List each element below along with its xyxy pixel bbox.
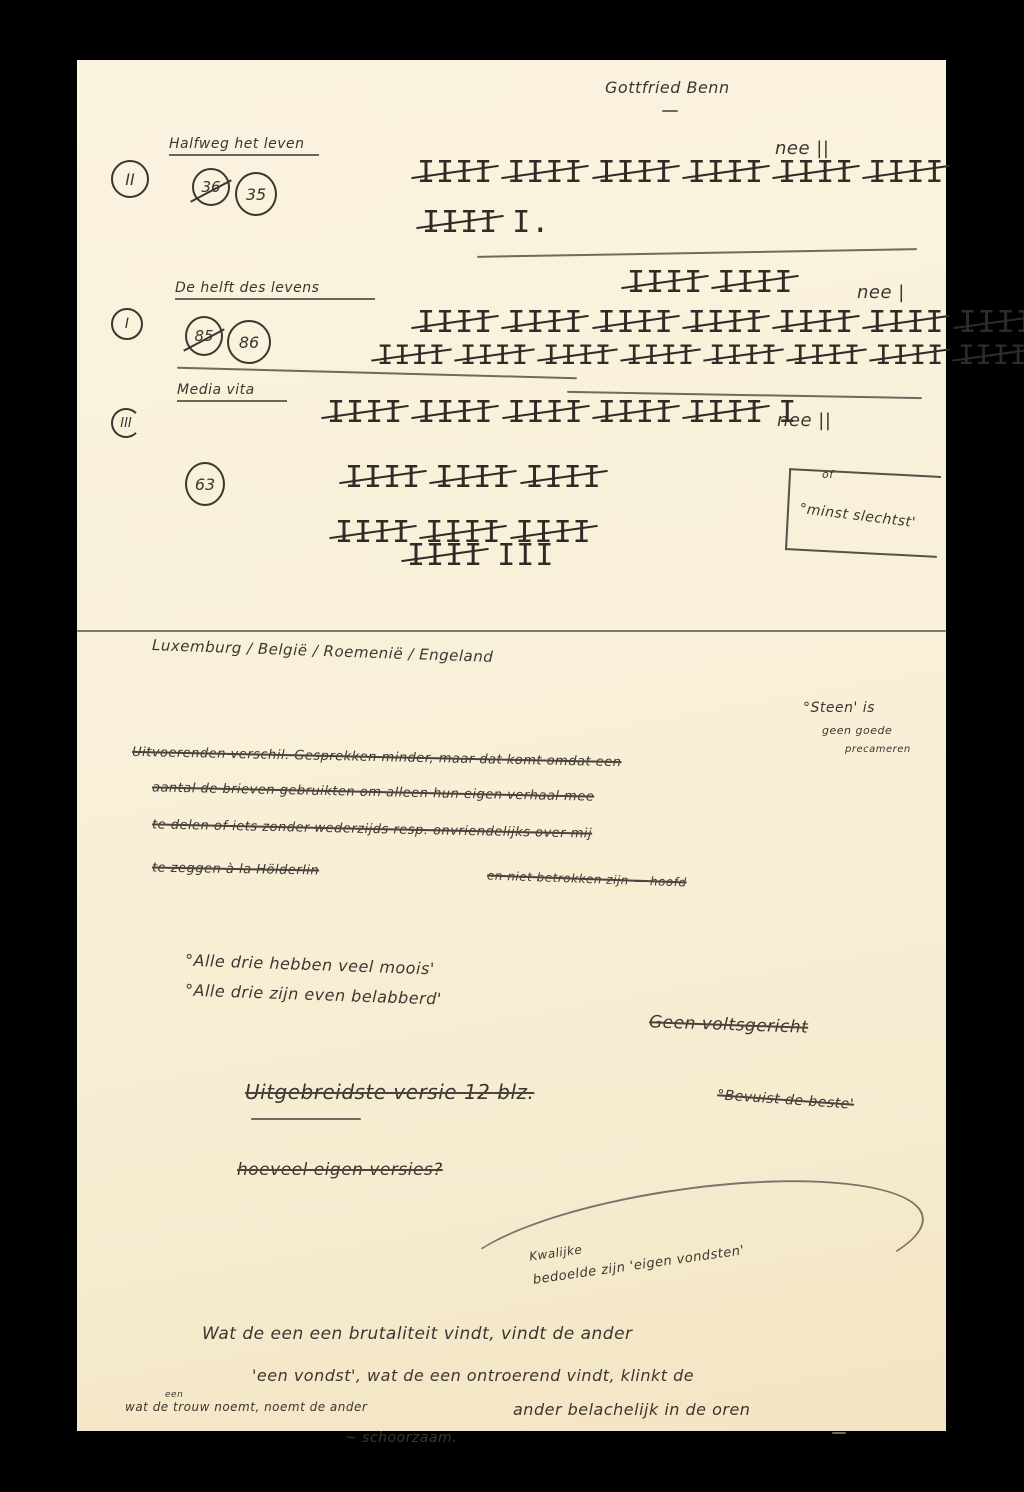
struck-line-3: te delen of iets zonder wederzijds resp.…	[152, 817, 592, 841]
struck-line-5: en niet betrokken zijn — hoofd	[487, 869, 687, 890]
tally-group: IIII	[345, 460, 421, 495]
side-note-line-2: geen goede	[822, 724, 892, 737]
countries-line: Luxemburg / België / Roemenië / Engeland	[152, 636, 494, 666]
struck-heading: Uitgebreidste versie 12 blz.	[245, 1080, 534, 1104]
tally-group: IIII	[868, 305, 944, 340]
closing-line-3-super: een	[165, 1390, 183, 1400]
count-crossed: 85	[185, 316, 223, 356]
poem-title-helft: De helft des levens	[175, 280, 375, 300]
tally-group: IIII	[959, 305, 1024, 340]
tally-group: IIII	[543, 340, 612, 371]
tally-group: IIII	[688, 305, 764, 340]
tally-group: I.	[512, 205, 550, 240]
roman-numeral-two: II	[111, 160, 149, 198]
tally-row: IIIIIIIIIIIIIIIIIIIIIIIIIIII	[417, 305, 1024, 340]
struck-right-1: Geen voltsgericht	[649, 1012, 809, 1038]
closing-line-1: Wat de een een brutaliteit vindt, vindt …	[202, 1324, 633, 1344]
tally-group: IIII	[626, 340, 695, 371]
tally-group: IIII	[460, 340, 529, 371]
side-note-line-1: °Steen' is	[803, 700, 875, 716]
tally-group: IIII	[508, 395, 584, 430]
tally-row: IIIIIIII	[627, 265, 808, 300]
roman-numeral-three: III	[111, 408, 141, 438]
count-circled: 35	[235, 172, 277, 216]
count-circled: 86	[227, 320, 271, 364]
closing-line-2: 'een vondst', wat de een ontroerend vind…	[252, 1366, 694, 1385]
tally-group: IIII	[627, 265, 703, 300]
tally-row: IIIIIIIIIIII	[345, 460, 616, 495]
struck-line-4: te zeggen à la Hölderlin	[152, 861, 319, 879]
struck-line-2: aantal de brieven gebruikten om alleen h…	[152, 780, 595, 804]
side-note-line-3: precameren	[845, 744, 911, 755]
author-name: Gottfried Benn	[605, 78, 730, 97]
tally-group: IIII	[875, 340, 944, 371]
no-note: nee |	[857, 282, 905, 303]
tally-group: IIII	[598, 305, 674, 340]
closing-line-3-left: wat de trouw noemt, noemt de ander	[125, 1400, 367, 1414]
closing-line-4: ~ schoorzaam.	[345, 1430, 457, 1446]
tally-group: IIII	[422, 205, 498, 240]
no-note: nee ||	[775, 138, 829, 159]
quote-1: °Alle drie hebben veel moois'	[185, 951, 435, 979]
count-crossed: 36	[192, 168, 230, 206]
tally-row: IIIIIIIIIIIIIIIIIIIIIIIIIIIIIIIIIIII	[377, 340, 1024, 371]
tally-group: IIII	[688, 395, 764, 430]
tally-group: IIII	[717, 265, 793, 300]
tally-group: IIII	[407, 538, 483, 573]
tally-row: IIIIIII	[407, 538, 568, 573]
tally-group: IIII	[709, 340, 778, 371]
divider-curve	[477, 248, 917, 258]
tally-group: IIII	[958, 340, 1024, 371]
tally-group: IIII	[868, 155, 944, 190]
tally-group: IIII	[526, 460, 602, 495]
count-circled: 63	[185, 462, 225, 506]
manuscript-page: Gottfried Benn II Halfweg het leven 36 3…	[77, 60, 946, 1431]
tally-group: IIII	[327, 395, 403, 430]
box-note-small: of	[822, 468, 834, 481]
tally-group: IIII	[435, 460, 511, 495]
tally-group: IIII	[417, 395, 493, 430]
struck-line-1: Uitvoerenden verschil. Gesprekken minder…	[132, 745, 622, 770]
tally-group: IIII	[507, 155, 583, 190]
tally-group: IIII	[598, 155, 674, 190]
struck-question: hoeveel eigen versies?	[237, 1160, 443, 1180]
tally-group: IIII	[778, 305, 854, 340]
heading-underline	[251, 1118, 361, 1120]
closing-dash	[832, 1432, 846, 1434]
tally-group: IIII	[598, 395, 674, 430]
tally-group: IIII	[688, 155, 764, 190]
struck-right-2: °Bevuist de beste'	[717, 1087, 855, 1113]
tally-row: IIIIIIIIIIIIIIIIIIIIIIII	[417, 155, 959, 190]
tally-group: IIII	[335, 515, 411, 550]
roman-numeral-one: I	[111, 308, 143, 340]
tally-row: IIIIIIIIIIIIIIIIIIIII	[327, 395, 811, 430]
tally-group: III	[497, 538, 554, 573]
tally-row: IIIII.	[422, 205, 564, 240]
quote-2: °Alle drie zijn even belabberd'	[185, 981, 442, 1009]
tally-group: IIII	[417, 155, 493, 190]
tally-group: IIII	[792, 340, 861, 371]
tally-group: IIII	[778, 155, 854, 190]
tally-group: IIII	[507, 305, 583, 340]
tally-group: IIII	[377, 340, 446, 371]
page-separator	[77, 630, 946, 632]
poem-title-media-vita: Media vita	[177, 382, 287, 402]
no-note: nee ||	[777, 410, 831, 431]
closing-line-3-right: ander belachelijk in de oren	[513, 1400, 750, 1419]
author-underline	[662, 110, 678, 112]
poem-title-halfweg: Halfweg het leven	[169, 136, 319, 156]
tally-group: IIII	[417, 305, 493, 340]
